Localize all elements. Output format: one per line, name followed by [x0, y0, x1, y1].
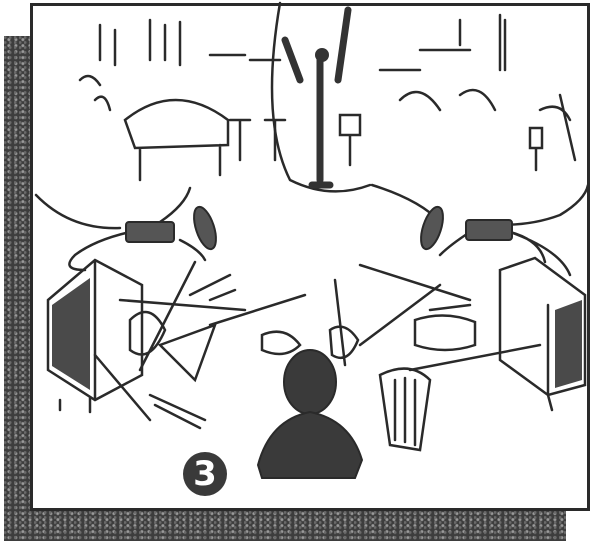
harp-icon	[380, 369, 430, 450]
listener-shoulders	[258, 412, 362, 478]
trombone-icon	[360, 285, 440, 345]
left-speaker-grill	[52, 278, 90, 390]
right-mic-junction-box	[466, 220, 512, 240]
listener-head	[284, 350, 336, 414]
drum-icon	[415, 305, 475, 350]
music-stands-right	[340, 115, 542, 170]
xylophone-icon	[150, 395, 205, 428]
cello-icon	[330, 280, 358, 365]
illustration-art	[0, 0, 598, 543]
musicians-left	[80, 20, 280, 110]
conductor-figure	[285, 10, 348, 185]
right-microphone-icon	[417, 204, 448, 251]
left-mic-junction-box	[126, 222, 174, 242]
violin-icon-2	[262, 332, 300, 354]
violin-icon	[130, 262, 195, 370]
piano-icon	[125, 100, 228, 180]
trumpet-icon	[190, 275, 235, 300]
left-microphone-icon	[190, 204, 221, 251]
right-speaker-grill	[555, 300, 582, 388]
musicians-right	[380, 15, 575, 160]
triangle-icon	[160, 325, 215, 380]
figure-number-badge: 3	[183, 452, 227, 496]
clarinet-icon	[210, 295, 305, 325]
